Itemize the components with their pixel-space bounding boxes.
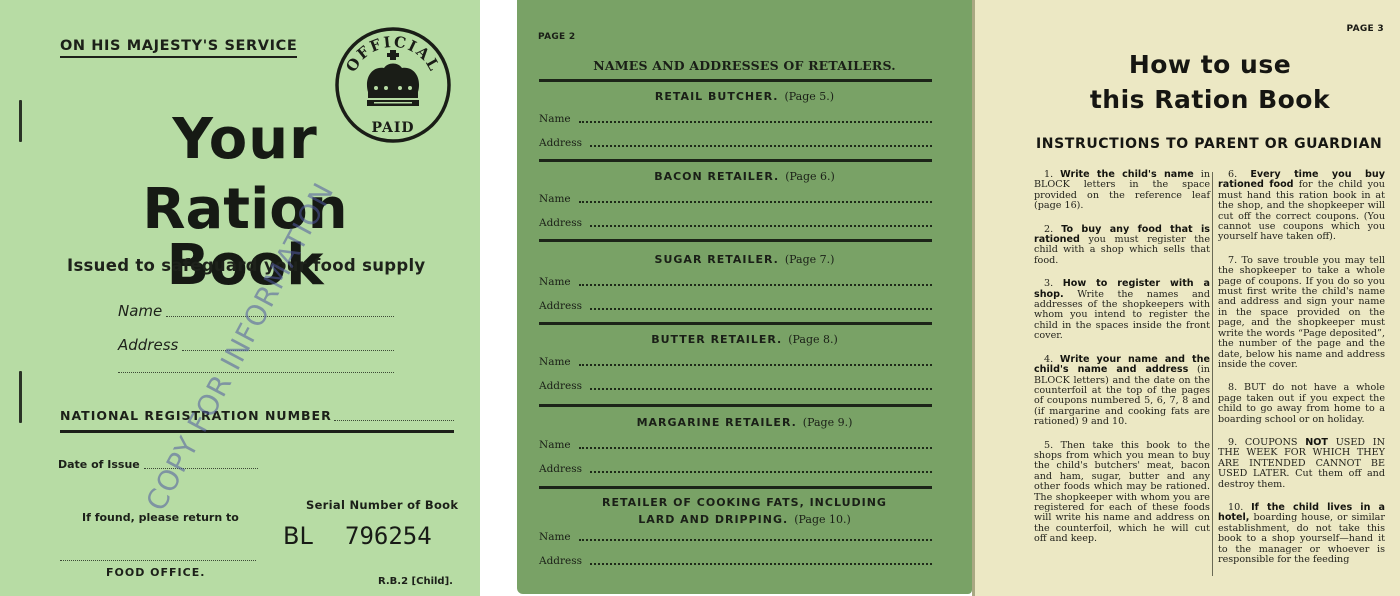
section-bacon-retailer: BACON RETAILER.(Page 6.)	[517, 168, 972, 185]
section-cooking-fats-retailer: RETAILER OF COOKING FATS, INCLUDING LARD…	[517, 494, 972, 528]
instruction-item: 7. To save trouble you may tell the shop…	[1218, 256, 1385, 370]
instructions-page: PAGE 3 How to use this Ration Book INSTR…	[972, 0, 1400, 596]
section-rule	[539, 404, 932, 407]
instruction-item: 5. Then take this book to the shops from…	[1034, 441, 1210, 545]
name-line	[166, 316, 394, 317]
butter-address-field[interactable]: Address	[539, 380, 932, 392]
cover-title-line1: Your	[60, 112, 430, 168]
staple-mark	[19, 100, 22, 142]
serial-prefix: BL	[283, 522, 313, 550]
column-divider	[1212, 172, 1213, 576]
sugar-name-field[interactable]: Name	[539, 276, 932, 288]
butter-name-field[interactable]: Name	[539, 356, 932, 368]
instruction-item: 10. If the child lives in a hotel, board…	[1218, 503, 1385, 565]
nrn-line	[334, 420, 454, 421]
margarine-address-field[interactable]: Address	[539, 463, 932, 475]
cooking-fats-address-field[interactable]: Address	[539, 555, 932, 567]
instructions-subtitle: INSTRUCTIONS TO PARENT OR GUARDIAN	[1036, 136, 1382, 152]
ohms-header: ON HIS MAJESTY'S SERVICE	[60, 38, 297, 58]
instruction-item: 2. To buy any food that is rationed you …	[1034, 225, 1210, 267]
retailers-page: PAGE 2 NAMES AND ADDRESSES OF RETAILERS.…	[517, 0, 972, 594]
section-sugar-retailer: SUGAR RETAILER.(Page 7.)	[517, 251, 972, 268]
instruction-item: 4. Write your name and the child's name …	[1034, 355, 1210, 428]
instruction-item: 8. BUT do not have a whole page taken ou…	[1218, 383, 1385, 425]
serial-number-label: Serial Number of Book	[306, 498, 458, 512]
butcher-name-field[interactable]: Name	[539, 113, 932, 125]
bacon-name-field[interactable]: Name	[539, 193, 932, 205]
address-line	[182, 350, 394, 351]
date-of-issue-label: Date of Issue	[58, 458, 140, 471]
instruction-item: 9. COUPONS NOT USED IN THE WEEK FOR WHIC…	[1218, 438, 1385, 490]
section-rule	[539, 486, 932, 489]
cooking-fats-name-field[interactable]: Name	[539, 531, 932, 543]
page-number: PAGE 2	[538, 32, 575, 42]
bacon-address-field[interactable]: Address	[539, 217, 932, 229]
instruction-item: 1. Write the child's name in BLOCK lette…	[1034, 170, 1210, 212]
form-code: R.B.2 [Child].	[378, 576, 453, 587]
section-margarine-retailer: MARGARINE RETAILER.(Page 9.)	[517, 414, 972, 431]
section-rule	[539, 79, 932, 82]
staple-mark	[19, 371, 22, 423]
instructions-title-line2: this Ration Book	[972, 87, 1400, 112]
food-office-label: FOOD OFFICE.	[106, 566, 205, 579]
address-label: Address	[118, 338, 178, 353]
section-rule	[539, 322, 932, 325]
section-rule	[539, 239, 932, 242]
cover-title-line2: Ration Book	[60, 182, 430, 294]
serial-number: 796254	[345, 522, 432, 550]
instructions-title-line1: How to use	[972, 52, 1400, 77]
section-rule	[539, 159, 932, 162]
national-registration-field[interactable]: NATIONAL REGISTRATION NUMBER	[60, 408, 454, 423]
sugar-address-field[interactable]: Address	[539, 300, 932, 312]
instructions-column-left: 1. Write the child's name in BLOCK lette…	[1034, 170, 1210, 558]
butcher-address-field[interactable]: Address	[539, 137, 932, 149]
section-retail-butcher: RETAIL BUTCHER.(Page 5.)	[517, 88, 972, 105]
instruction-item: 6. Every time you buy rationed food for …	[1218, 170, 1385, 243]
instruction-item: 3. How to register with a shop. Write th…	[1034, 279, 1210, 341]
ration-book-cover: ON HIS MAJESTY'S SERVICE OFFICIAL PAID Y…	[0, 0, 480, 596]
instructions-column-right: 6. Every time you buy rationed food for …	[1218, 170, 1385, 578]
page-number: PAGE 3	[1347, 24, 1384, 34]
address-field-line2[interactable]	[118, 372, 394, 375]
retailers-heading: NAMES AND ADDRESSES OF RETAILERS.	[517, 58, 972, 73]
divider-rule	[60, 430, 454, 433]
name-label: Name	[118, 304, 162, 319]
address-line-2	[118, 372, 394, 373]
crown-icon	[367, 50, 419, 106]
food-office-line[interactable]	[60, 560, 256, 561]
margarine-name-field[interactable]: Name	[539, 439, 932, 451]
section-butter-retailer: BUTTER RETAILER.(Page 8.)	[517, 331, 972, 348]
cover-subtitle: Issued to safeguard your food supply	[67, 256, 425, 275]
